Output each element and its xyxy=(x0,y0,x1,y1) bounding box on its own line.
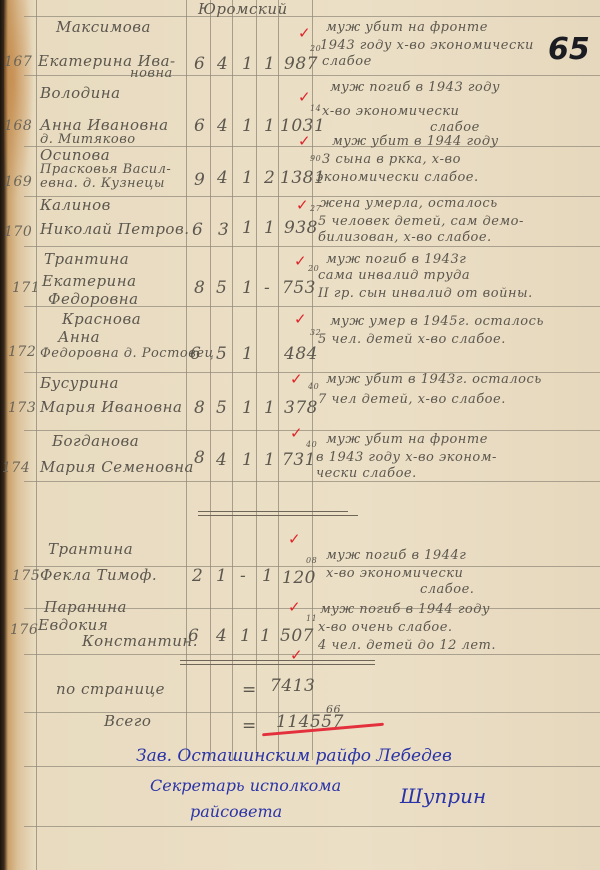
col-4: 1 xyxy=(264,54,275,74)
row-number: 171 xyxy=(12,280,40,296)
col-1: 6 xyxy=(194,116,205,136)
note-line-2: х-во очень слабое. xyxy=(318,620,453,635)
given-name: Прасковья Васил- xyxy=(40,162,171,177)
col-2: 4 xyxy=(217,116,228,136)
grand-total-equals: = xyxy=(242,716,257,736)
surname: Бусурина xyxy=(40,374,119,392)
column-caption: Юромский xyxy=(198,0,288,18)
check-mark: ✓ xyxy=(294,310,307,328)
col-3: 1 xyxy=(242,278,253,298)
signature-line-2: Секретарь исполкома xyxy=(150,776,341,795)
note-line-3: II гр. сын инвалид от войны. xyxy=(318,286,533,301)
col-2: 1 xyxy=(216,566,227,586)
signature-line-3: райсовета xyxy=(190,802,282,821)
col-2: 5 xyxy=(216,278,227,298)
given-name-cont: новна xyxy=(130,66,173,81)
signature-line-1: Зав. Осташинским райфо Лебедев xyxy=(136,746,452,766)
col-4: - xyxy=(264,278,270,298)
note-line-1: муж убит на фронте xyxy=(326,20,488,35)
col-1: 8 xyxy=(194,448,205,468)
col-2: 3 xyxy=(218,220,229,240)
page-total-value: 7413 xyxy=(270,676,315,696)
check-mark: ✓ xyxy=(294,252,307,270)
given-name: Николай Петров. xyxy=(40,220,189,238)
note-line-2: 1943 году х-во экономически xyxy=(320,38,534,53)
given-name: Анна xyxy=(58,328,100,346)
double-underline xyxy=(198,515,358,516)
note-line-3: слабое xyxy=(322,54,372,69)
note-line-1: муж погиб в 1944 году xyxy=(320,602,490,617)
note-line-3: слабое. xyxy=(420,582,474,597)
col-3: 1 xyxy=(242,168,253,188)
col-4: 1 xyxy=(262,566,273,586)
row-number: 172 xyxy=(8,344,36,360)
row-line xyxy=(24,654,600,655)
col-1: 9 xyxy=(194,170,205,190)
row-number: 176 xyxy=(10,622,38,638)
col-2: 4 xyxy=(217,168,228,188)
given-name-cont: Федоровна д. Ростовец xyxy=(40,346,214,361)
surname: Володина xyxy=(40,84,121,102)
note-line-1: муж погиб в 1943г xyxy=(326,252,466,267)
column-line xyxy=(312,0,313,760)
col-1: 2 xyxy=(192,566,203,586)
row-number: 170 xyxy=(4,224,32,240)
col-3: 1 xyxy=(242,54,253,74)
page-total-label: по странице xyxy=(56,680,165,698)
grand-total-kopecks: 66 xyxy=(326,703,341,716)
note-line-1: муж погиб в 1944г xyxy=(326,548,466,563)
amount: 987 xyxy=(284,54,318,74)
given-name-cont: д. Митяково xyxy=(40,132,136,147)
surname: Максимова xyxy=(56,18,151,36)
document-page: Юромский 65 167 Максимова Екатерина Ива-… xyxy=(0,0,600,870)
col-4: 1 xyxy=(264,116,275,136)
kopecks: 40 xyxy=(308,382,319,391)
note-line-2: х-во экономически xyxy=(322,104,459,119)
surname: Калинов xyxy=(40,196,111,214)
row-line xyxy=(24,826,600,827)
col-2: 5 xyxy=(216,344,227,364)
col-1: 6 xyxy=(188,626,199,646)
check-mark: ✓ xyxy=(290,424,303,442)
check-mark: ✓ xyxy=(298,132,311,150)
row-line xyxy=(24,766,600,767)
note-line-2: х-во экономически xyxy=(326,566,463,581)
check-mark: ✓ xyxy=(290,646,303,664)
amount: 378 xyxy=(284,398,318,418)
col-3: 1 xyxy=(242,116,253,136)
check-mark: ✓ xyxy=(298,24,311,42)
row-line xyxy=(24,430,600,431)
column-line xyxy=(232,0,233,760)
signature-autograph: Шуприн xyxy=(400,784,486,808)
row-number: 167 xyxy=(4,54,32,70)
column-line xyxy=(36,0,37,870)
col-3: 1 xyxy=(240,626,251,646)
amount: 731 xyxy=(282,450,316,470)
note-line-2: 5 человек детей, сам демо- xyxy=(318,214,524,229)
amount: 938 xyxy=(284,218,318,238)
note-line-3: экономически слабое. xyxy=(316,170,479,185)
given-name-cont: Константин. xyxy=(82,632,198,650)
check-mark: ✓ xyxy=(298,88,311,106)
col-3: 1 xyxy=(242,344,253,364)
col-1: 8 xyxy=(194,398,205,418)
col-3: 1 xyxy=(242,398,253,418)
note-line-3: чески слабое. xyxy=(316,466,417,481)
row-number: 168 xyxy=(4,118,32,134)
note-line-1: жена умерла, осталось xyxy=(320,196,498,211)
surname: Краснова xyxy=(62,310,141,328)
double-underline xyxy=(180,660,375,661)
surname: Трантина xyxy=(48,540,133,558)
col-3: 1 xyxy=(242,218,253,238)
given-name: Мария Семеновна xyxy=(40,458,194,476)
row-number: 175 xyxy=(12,568,40,584)
note-line-1: муж убит на фронте xyxy=(326,432,488,447)
col-1: 6 xyxy=(192,220,203,240)
col-2: 4 xyxy=(216,626,227,646)
col-4: 1 xyxy=(260,626,271,646)
col-1: 6 xyxy=(194,54,205,74)
kopecks: 14 xyxy=(310,104,321,113)
col-3: - xyxy=(240,566,246,586)
row-number: 173 xyxy=(8,400,36,416)
kopecks: 11 xyxy=(306,614,317,623)
page-total-equals: = xyxy=(242,680,257,700)
row-line xyxy=(24,16,600,17)
surname: Трантина xyxy=(44,250,129,268)
double-underline xyxy=(180,664,375,665)
note-line-1: муж убит в 1943г. осталось xyxy=(326,372,542,387)
page-number: 65 xyxy=(548,32,590,67)
note-line-1: муж умер в 1945г. осталось xyxy=(330,314,544,329)
column-line xyxy=(210,0,211,760)
note-line-2: 5 чел. детей х-во слабое. xyxy=(318,332,506,347)
given-name: Мария Ивановна xyxy=(40,398,182,416)
col-2: 4 xyxy=(216,450,227,470)
col-2: 4 xyxy=(217,54,228,74)
row-number: 169 xyxy=(4,174,32,190)
note-line-2: в 1943 году х-во эконом- xyxy=(316,450,497,465)
note-line-1: муж убит в 1944 году xyxy=(332,134,499,149)
given-name: Екатерина xyxy=(42,272,137,290)
check-mark: ✓ xyxy=(290,370,303,388)
note-line-3: 4 чел. детей до 12 лет. xyxy=(318,638,496,653)
grand-total-label: Всего xyxy=(104,712,151,730)
col-1: 6 xyxy=(190,344,201,364)
column-line xyxy=(256,0,257,760)
col-4: 2 xyxy=(264,168,275,188)
amount: 484 xyxy=(284,344,318,364)
row-number: 174 xyxy=(2,460,30,476)
note-line-3: слабое xyxy=(430,120,480,135)
amount: 120 xyxy=(282,568,316,588)
amount: 753 xyxy=(282,278,316,298)
kopecks: 90 xyxy=(310,154,321,163)
col-4: 1 xyxy=(264,450,275,470)
note-line-1: муж погиб в 1943 году xyxy=(330,80,500,95)
amount: 507 xyxy=(280,626,314,646)
note-line-2: сама инвалид труда xyxy=(318,268,470,283)
col-4: 1 xyxy=(264,218,275,238)
kopecks: 40 xyxy=(306,440,317,449)
check-mark: ✓ xyxy=(288,530,301,548)
check-mark: ✓ xyxy=(288,598,301,616)
given-name-cont: Федоровна xyxy=(48,290,139,308)
row-line xyxy=(24,481,600,482)
col-2: 5 xyxy=(216,398,227,418)
column-line xyxy=(278,0,279,760)
col-4: 1 xyxy=(264,398,275,418)
col-1: 8 xyxy=(194,278,205,298)
paper-stain xyxy=(4,0,34,200)
check-mark: ✓ xyxy=(296,196,309,214)
double-underline xyxy=(198,511,348,512)
row-line xyxy=(24,246,600,247)
col-3: 1 xyxy=(242,450,253,470)
kopecks: 08 xyxy=(306,556,317,565)
note-line-3: билизован, х-во слабое. xyxy=(318,230,492,245)
surname: Паранина xyxy=(44,598,127,616)
note-line-2: 3 сына в ркка, х-во xyxy=(322,152,461,167)
row-line xyxy=(24,75,600,76)
given-name: Фекла Тимоф. xyxy=(40,566,157,584)
surname: Богданова xyxy=(52,432,139,450)
note-line-2: 7 чел детей, х-во слабое. xyxy=(318,392,506,407)
given-name-cont: евна. д. Кузнецы xyxy=(40,176,165,191)
